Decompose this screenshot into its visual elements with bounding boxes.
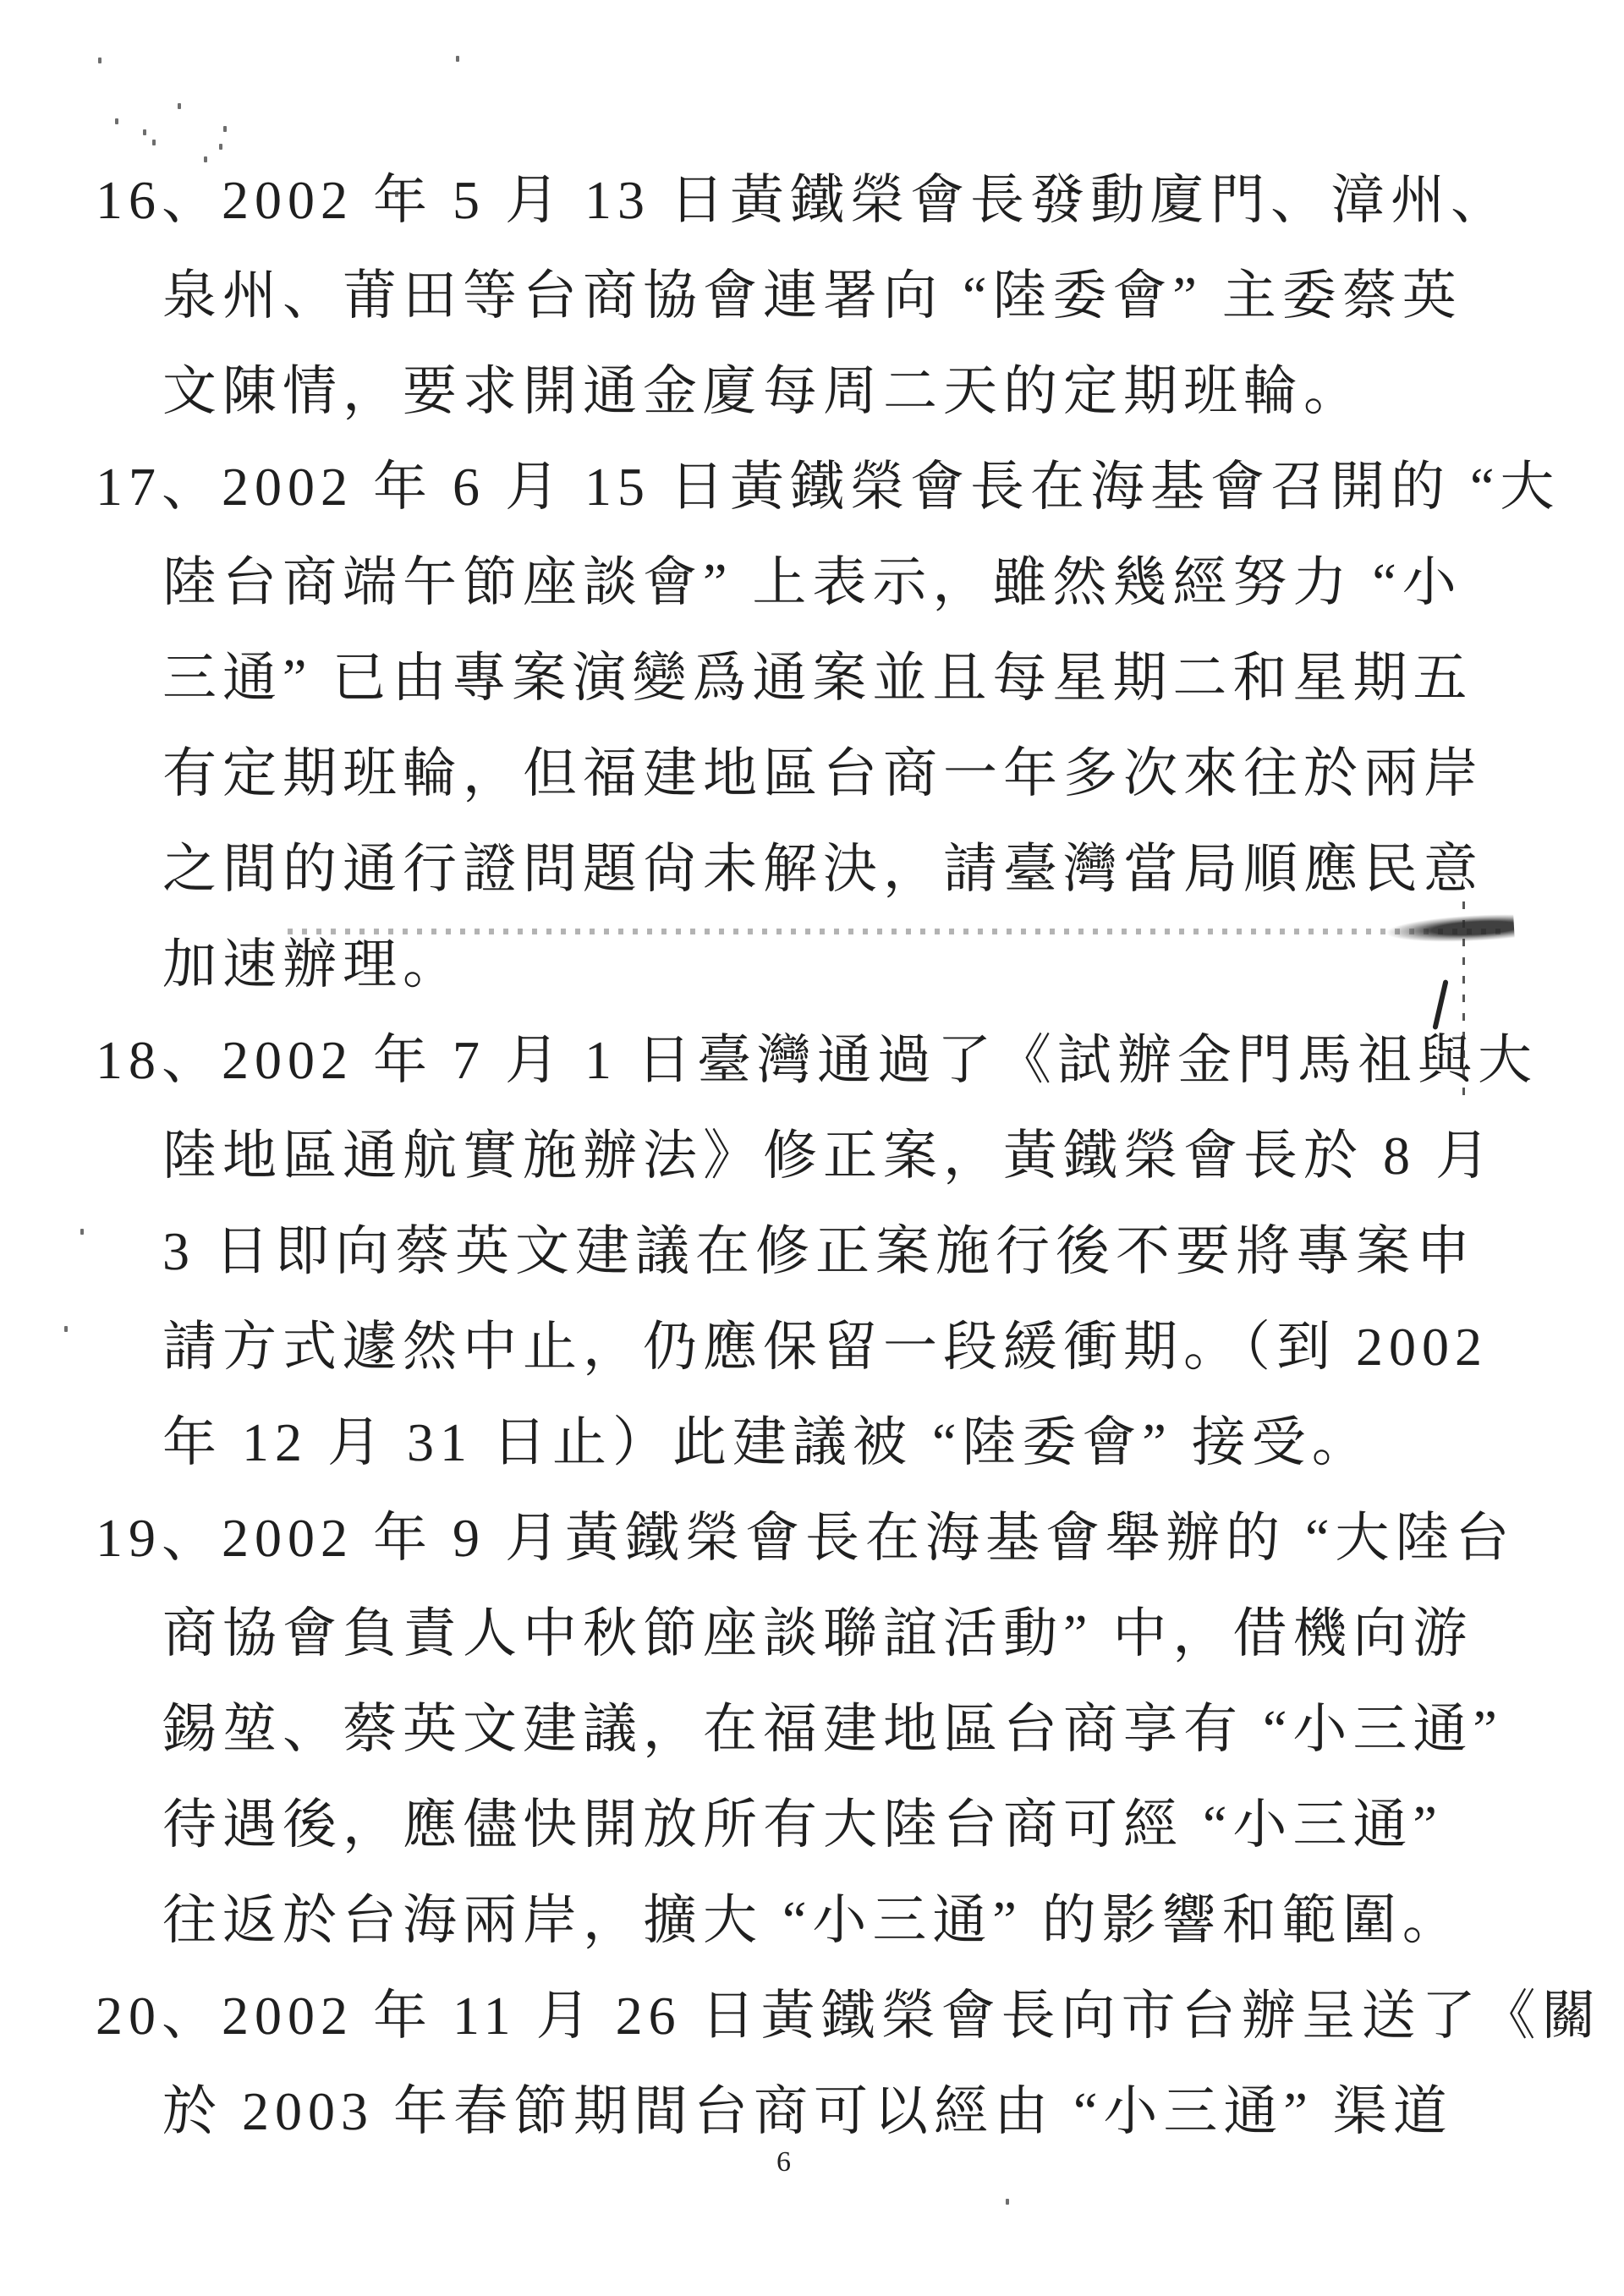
text-line-item17-4: 有定期班輪，但福建地區台商一年多次來往於兩岸 <box>0 726 1624 821</box>
scan-speck <box>223 126 227 132</box>
text-line-item16-1: 16、2002 年 5 月 13 日黃鐵榮會長發動廈門、漳州、 <box>0 152 1624 248</box>
text-line-item18-2: 陸地區通航實施辦法》修正案，黃鐵榮會長於 8 月 <box>0 1108 1624 1203</box>
scan-speck <box>98 58 101 63</box>
scan-speck <box>178 103 181 109</box>
text-line-item17-2: 陸台商端午節座談會” 上表示，雖然幾經努力 “小 <box>0 534 1624 630</box>
text-line-item18-1: 18、2002 年 7 月 1 日臺灣通過了《試辦金門馬祖與大 <box>0 1012 1624 1108</box>
scan-speck <box>143 129 146 135</box>
scan-speck <box>456 56 459 62</box>
text-line-item19-1: 19、2002 年 9 月黃鐵榮會長在海基會舉辦的 “大陸台 <box>0 1490 1624 1586</box>
text-line-item20-2: 於 2003 年春節期間台商可以經由 “小三通” 渠道 <box>0 2063 1624 2159</box>
text-line-item17-1: 17、2002 年 6 月 15 日黃鐵榮會長在海基會召開的 “大 <box>0 439 1624 534</box>
scan-speck <box>1006 2199 1009 2205</box>
text-line-item17-5: 之間的通行證問題尙未解決，請臺灣當局順應民意 <box>0 821 1624 917</box>
text-line-item17-3: 三通” 已由專案演變爲通案並且每星期二和星期五 <box>0 630 1624 726</box>
scan-speck <box>115 118 118 124</box>
text-line-item16-3: 文陳情，要求開通金廈每周二天的定期班輪。 <box>0 343 1624 439</box>
text-line-item19-5: 往返於台海兩岸，擴大 “小三通” 的影響和範圍。 <box>0 1872 1624 1968</box>
scanned-document-page: 16、2002 年 5 月 13 日黃鐵榮會長發動廈門、漳州、 泉州、莆田等台商… <box>0 0 1624 2296</box>
text-line-item19-4: 待遇後，應儘快開放所有大陸台商可經 “小三通” <box>0 1777 1624 1872</box>
text-line-item19-2: 商協會負責人中秋節座談聯誼活動” 中，借機向游 <box>0 1586 1624 1681</box>
text-line-item18-5: 年 12 月 31 日止）此建議被 “陸委會” 接受。 <box>0 1395 1624 1490</box>
text-line-item18-4: 請方式遽然中止，仍應保留一段緩衝期。（到 2002 <box>0 1299 1624 1395</box>
page-number: 6 <box>776 2146 791 2178</box>
scan-speck <box>219 144 222 150</box>
body-text: 16、2002 年 5 月 13 日黃鐵榮會長發動廈門、漳州、 泉州、莆田等台商… <box>0 152 1624 2159</box>
text-line-item19-3: 錫堃、蔡英文建議，在福建地區台商享有 “小三通” <box>0 1681 1624 1777</box>
scan-speck <box>152 140 156 145</box>
text-line-item20-1: 20、2002 年 11 月 26 日黃鐵榮會長向市台辦呈送了《關 <box>0 1968 1624 2063</box>
text-line-item17-6: 加速辦理。 <box>0 917 1624 1012</box>
text-line-item18-3: 3 日即向蔡英文建議在修正案施行後不要將專案申 <box>0 1203 1624 1299</box>
text-line-item16-2: 泉州、莆田等台商協會連署向 “陸委會” 主委蔡英 <box>0 248 1624 343</box>
